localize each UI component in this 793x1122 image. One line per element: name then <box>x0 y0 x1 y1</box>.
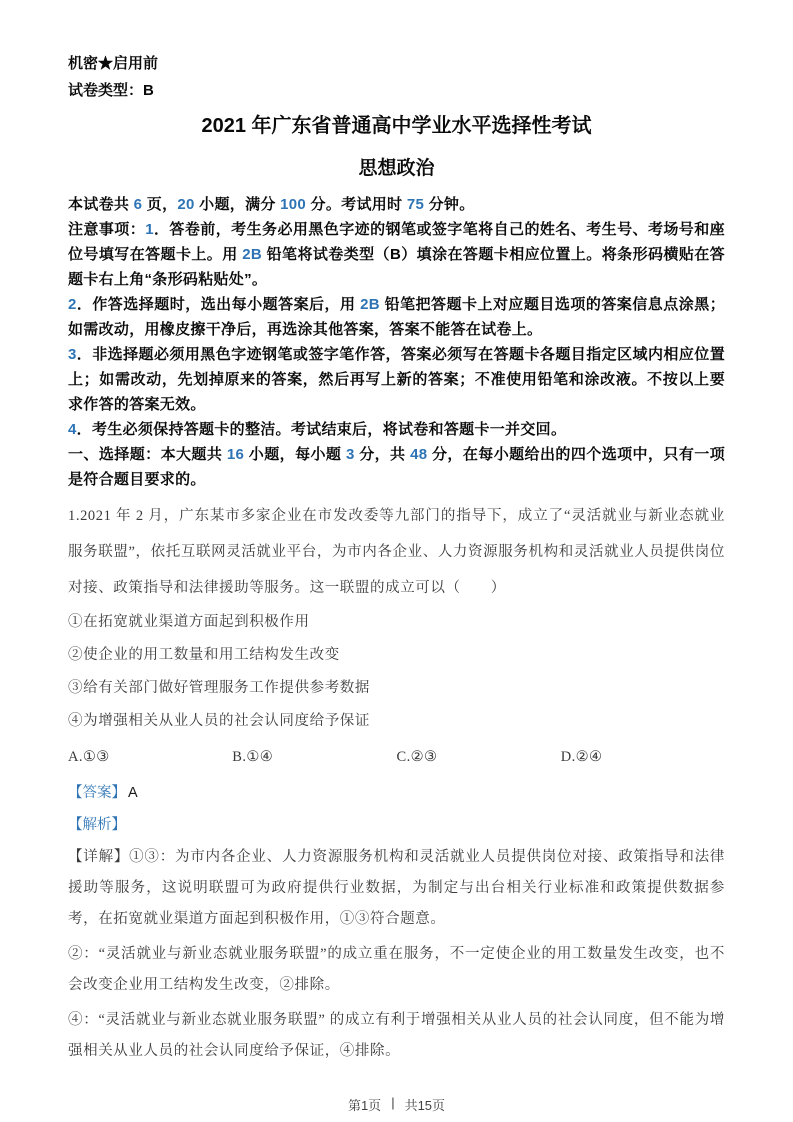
footer-current-page: 第1页 <box>348 1095 381 1114</box>
answer-label: 【答案】 <box>68 785 126 801</box>
exam-paper: 机密★启用前 试卷类型：B 2021 年广东省普通高中学业水平选择性考试 思想政… <box>0 0 793 1067</box>
exam-title: 2021 年广东省普通高中学业水平选择性考试 <box>68 110 725 142</box>
answer-line: 【答案】A <box>68 780 725 806</box>
detail-paragraph-1: 【详解】①③：为市内各企业、人力资源服务机构和灵活就业人员提供岗位对接、政策指导… <box>68 842 725 935</box>
detail-paragraph-2: ②：“灵活就业与新业态就业服务联盟”的成立重在服务，不一定使企业的用工数量发生改… <box>68 939 725 1001</box>
question-1-text: 1.2021 年 2 月，广东某市多家企业在市发改委等九部门的指导下，成立了“灵… <box>68 498 725 606</box>
exam-subject: 思想政治 <box>68 154 725 184</box>
question-1-option-1: ①在拓宽就业渠道方面起到积极作用 <box>68 606 725 639</box>
notice-item-2: 2．作答选择题时，选出每小题答案后，用 2B 铅笔把答题卡上对应题目选项的答案信… <box>68 292 725 342</box>
document-page: { "colors": { "accent_blue": "#2e74b5", … <box>0 0 793 1122</box>
exam-info-line: 本试卷共 6 页，20 小题，满分 100 分。考试用时 75 分钟。 <box>68 192 725 217</box>
confidential-label: 机密★启用前 <box>68 50 725 77</box>
section-heading-multiple-choice: 一、选择题：本大题共 16 小题，每小题 3 分，共 48 分，在每小题给出的四… <box>68 442 725 492</box>
choice-b: B.①④ <box>232 742 396 772</box>
analysis-line: 【解析】 <box>68 812 725 838</box>
choice-d: D.②④ <box>561 742 725 772</box>
answer-value: A <box>128 785 138 801</box>
page-footer: 第1页 | 共15页 <box>0 1095 793 1114</box>
question-1-option-2: ②使企业的用工数量和用工结构发生改变 <box>68 639 725 672</box>
notice-item-4: 4．考生必须保持答题卡的整洁。考试结束后，将试卷和答题卡一并交回。 <box>68 417 725 442</box>
notice-item-3: 3．非选择题必须用黑色字迹钢笔或签字笔作答，答案必须写在答题卡各题目指定区域内相… <box>68 342 725 417</box>
choice-a: A.①③ <box>68 742 232 772</box>
paper-type-label: 试卷类型：B <box>68 77 725 104</box>
notice-item-1: 注意事项：1．答卷前，考生务必用黑色字迹的钢笔或签字笔将自己的姓名、考生号、考场… <box>68 217 725 292</box>
footer-separator: | <box>391 1095 394 1114</box>
question-1-option-4: ④为增强相关从业人员的社会认同度给予保证 <box>68 705 725 738</box>
detail-paragraph-3: ④：“灵活就业与新业态就业服务联盟” 的成立有利于增强相关从业人员的社会认同度，… <box>68 1005 725 1067</box>
notice-section: 本试卷共 6 页，20 小题，满分 100 分。考试用时 75 分钟。 注意事项… <box>68 192 725 442</box>
footer-total-pages: 共15页 <box>405 1095 445 1114</box>
question-1-choices-row: A.①③ B.①④ C.②③ D.②④ <box>68 742 725 772</box>
question-1-option-3: ③给有关部门做好管理服务工作提供参考数据 <box>68 672 725 705</box>
analysis-label: 【解析】 <box>68 817 126 833</box>
choice-c: C.②③ <box>397 742 561 772</box>
